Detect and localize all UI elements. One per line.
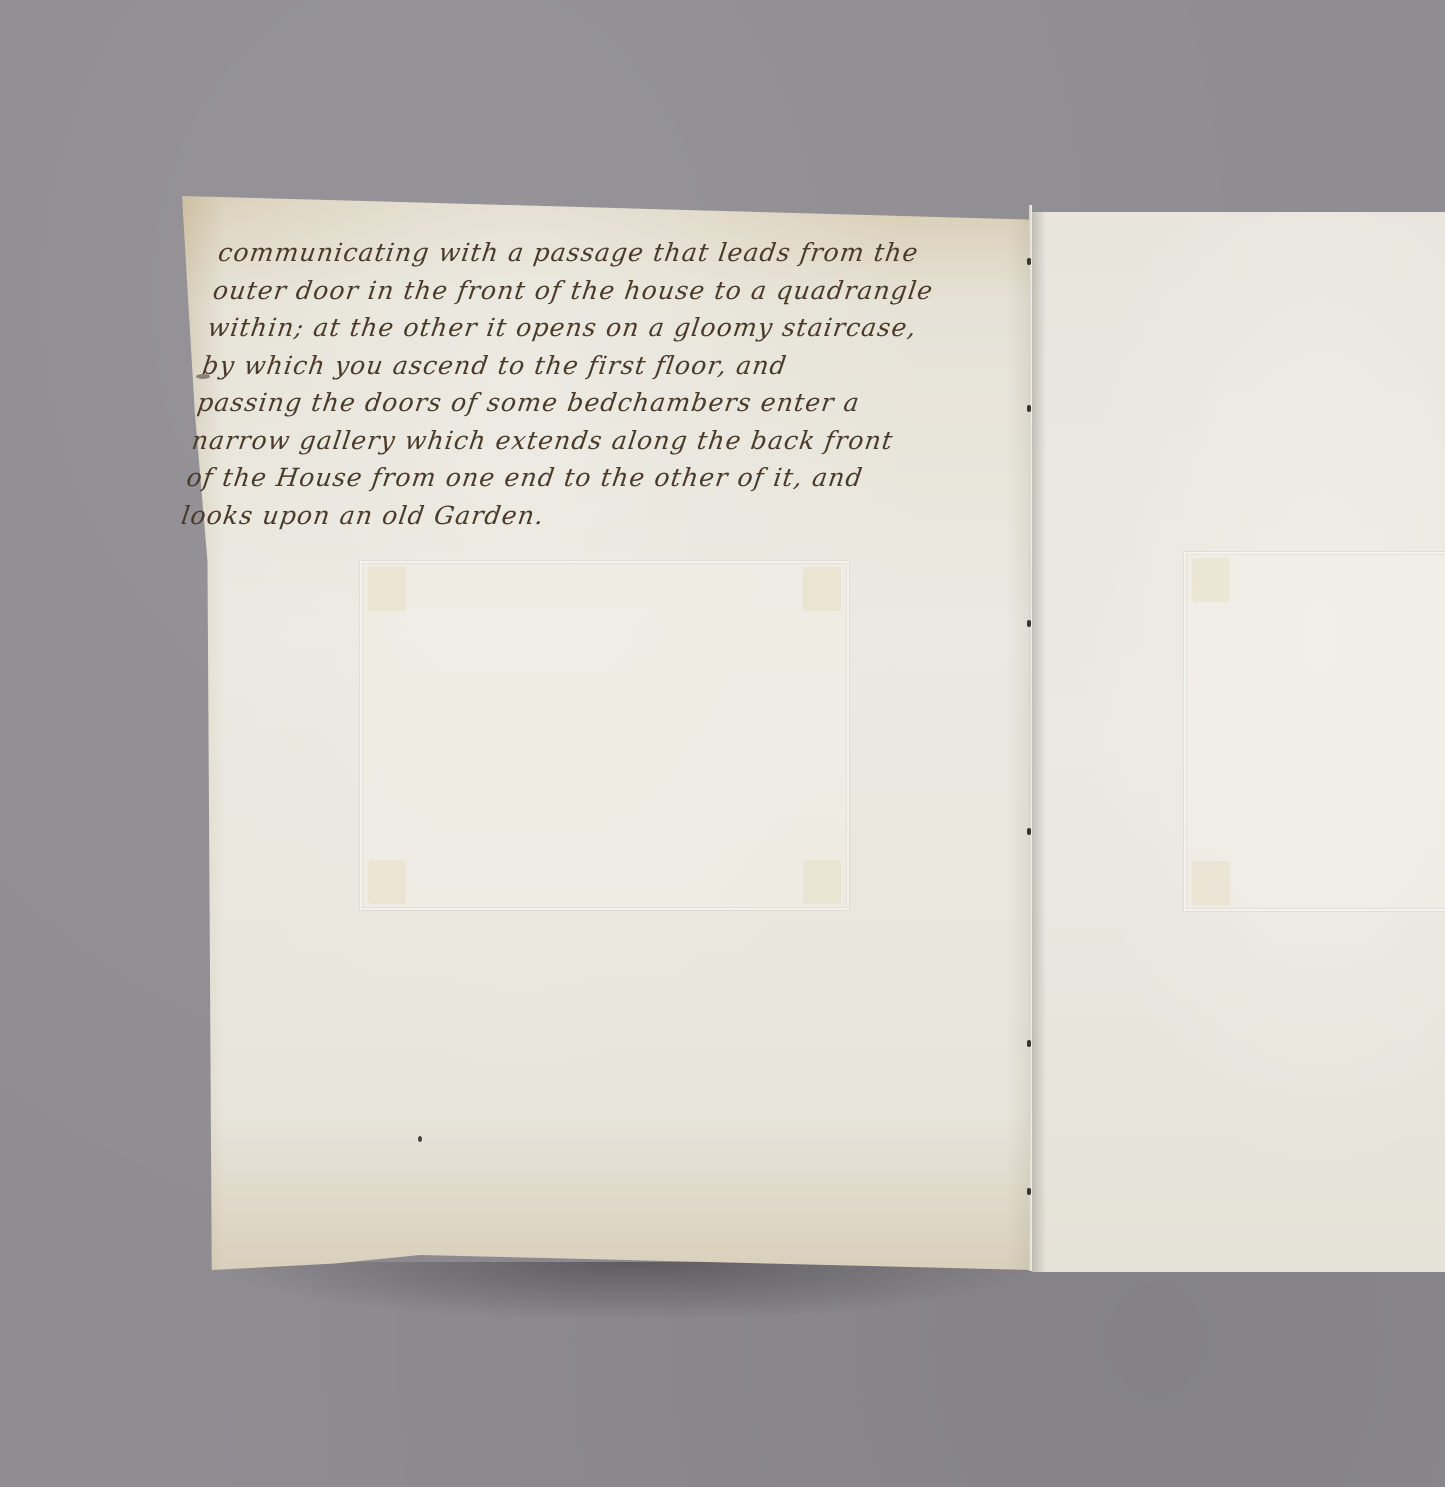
- plate-corner: [803, 860, 841, 904]
- manuscript-line: outer door in the front of the house to …: [211, 272, 1006, 310]
- manuscript-line: communicating with a passage that leads …: [216, 234, 1011, 272]
- center-fold: [1029, 205, 1032, 1271]
- plate-corner: [803, 567, 841, 611]
- stitch-hole: [1027, 1188, 1031, 1195]
- handwritten-text: communicating with a passage that leads …: [179, 234, 1011, 534]
- manuscript-line: within; at the other it opens on a gloom…: [205, 309, 1000, 347]
- ink-speck: [418, 1136, 422, 1142]
- right-page: [1032, 212, 1445, 1272]
- manuscript-line: by which you ascend to the first floor, …: [200, 347, 995, 385]
- manuscript-line: passing the doors of some bedchambers en…: [195, 384, 990, 422]
- left-plate-mark: [360, 561, 849, 910]
- stitch-hole: [1027, 828, 1031, 835]
- stitch-hole: [1027, 405, 1031, 412]
- plate-corner: [1192, 861, 1230, 905]
- manuscript-line: narrow gallery which extends along the b…: [189, 422, 984, 460]
- photo-scene: communicating with a passage that leads …: [0, 0, 1445, 1487]
- plate-corner: [1192, 558, 1230, 602]
- plate-corner: [368, 860, 406, 904]
- right-plate-mark: [1184, 552, 1445, 911]
- stitch-hole: [1027, 258, 1031, 265]
- paper-shadow: [210, 1262, 1050, 1322]
- stitch-hole: [1027, 620, 1031, 627]
- manuscript-line: of the House from one end to the other o…: [184, 459, 979, 497]
- manuscript-line: looks upon an old Garden.: [179, 497, 974, 535]
- plate-corner: [368, 567, 406, 611]
- stitch-hole: [1027, 1040, 1031, 1047]
